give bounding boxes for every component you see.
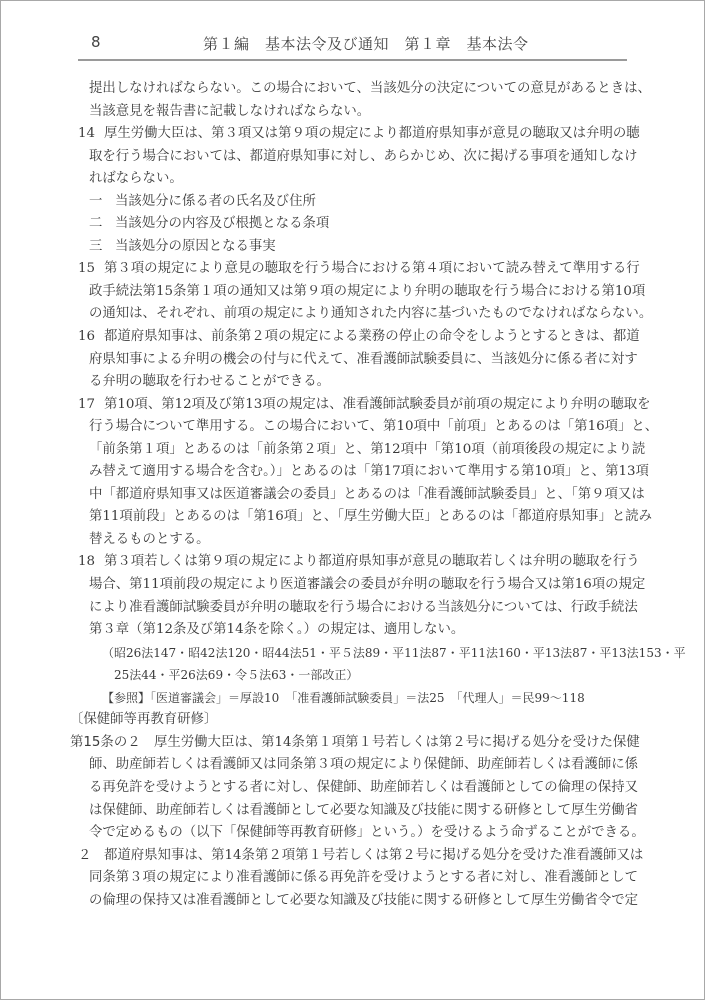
text-line: により准看護師試験委員が弁明の聴取を行う場合における当該処分については、行政手続…	[78, 597, 628, 620]
text-line: 場合、第11項前段の規定により医道審議会の委員が弁明の聴取を行う場合又は第16項…	[78, 574, 628, 597]
paragraph-number: 17	[78, 394, 104, 417]
list-item: 一当該処分に係る者の氏名及び住所	[78, 191, 628, 214]
item-mark: 二	[89, 213, 115, 236]
page-number: 8	[91, 33, 101, 51]
text-line: ればならない。	[78, 168, 628, 191]
paragraph-number: ２	[78, 845, 104, 868]
document-page: 8 第１編 基本法令及び通知 第１章 基本法令 提出しなければならない。この場合…	[0, 0, 705, 1000]
list-item: 二当該処分の内容及び根拠となる条項	[78, 213, 628, 236]
article-number: 第15条の２	[70, 735, 141, 750]
paragraph-17: 17第10項、第12項及び第13項の規定は、准看護師試験委員が前項の規定により弁…	[78, 394, 628, 417]
text-line: 中「都道府県知事又は医道審議会の委員」とあるのは「准看護師試験委員」と、「第９項…	[78, 484, 628, 507]
amendment-history: 25法44・平26法69・令５法63・一部改正）	[78, 664, 628, 687]
amendment-history: （昭26法147・昭42法120・昭44法51・平５法89・平11法87・平11…	[78, 642, 628, 665]
text-line: の倫理の保持又は准看護師として必要な知識及び技能に関する研修として厚生労働省令で…	[78, 890, 628, 913]
article-caption: 〔保健師等再教育研修〕	[70, 709, 628, 732]
text-line: る再免許を受けようとする者に対し、保健師、助産師若しくは看護師としての倫理の保持…	[78, 777, 628, 800]
text-line: み替えて適用する場合を含む。）」とあるのは「第17項において準用する第10項」と…	[78, 461, 628, 484]
text-line: 「前条第１項」とあるのは「前条第２項」と、第12項中「第10項（前項後段の規定に…	[78, 439, 628, 462]
text-line: 令で定めるもの（以下「保健師等再教育研修」という。）を受けるよう命ずることができ…	[78, 822, 628, 845]
item-mark: 一	[89, 191, 115, 214]
text-line: 当該意見を報告書に記載しなければならない。	[78, 101, 628, 124]
text-line: 第11項前段」とあるのは「第16項」と、「厚生労働大臣」とあるのは「都道府県知事…	[78, 506, 628, 529]
page-body: 提出しなければならない。この場合において、当該処分の決定についての意見があるとき…	[78, 78, 628, 912]
page-header: 8 第１編 基本法令及び通知 第１章 基本法令	[78, 31, 627, 61]
article-15-2-paragraph-2: ２都道府県知事は、第14条第２項第１号若しくは第２号に掲げる処分を受けた准看護師…	[78, 845, 628, 868]
article-15-2: 第15条の２ 厚生労働大臣は、第14条第１項第１号若しくは第２号に掲げる処分を受…	[70, 732, 628, 755]
paragraph-14: 14厚生労働大臣は、第３項又は第９項の規定により都道府県知事が意見の聴取又は弁明…	[78, 123, 628, 146]
paragraph-number: 16	[78, 326, 104, 349]
text-line: 師、助産師若しくは看護師又は同条第３項の規定により保健師、助産師若しくは看護師に…	[78, 754, 628, 777]
text-line: 府県知事による弁明の機会の付与に代えて、准看護師試験委員に、当該処分に係る者に対…	[78, 349, 628, 372]
text-line: 政手続法第15条第１項の通知又は第９項の規定により弁明の聴取を行う場合における第…	[78, 281, 628, 304]
paragraph-number: 18	[78, 551, 104, 574]
reference-note: 【参照】「医道審議会」＝厚設10 「准看護師試験委員」＝法25 「代理人」＝民9…	[78, 687, 628, 710]
item-mark: 三	[89, 236, 115, 259]
text-line: 提出しなければならない。この場合において、当該処分の決定についての意見があるとき…	[78, 78, 628, 101]
paragraph-18: 18第３項若しくは第９項の規定により都道府県知事が意見の聴取若しくは弁明の聴取を…	[78, 551, 628, 574]
text-line: の通知は、それぞれ、前項の規定により通知された内容に基づいたものでなければならな…	[78, 303, 628, 326]
paragraph-15: 15第３項の規定により意見の聴取を行う場合における第４項において読み替えて準用す…	[78, 258, 628, 281]
text-line: 第３章（第12条及び第14条を除く。）の規定は、適用しない。	[78, 619, 628, 642]
text-line: は保健師、助産師若しくは看護師として必要な知識及び技能に関する研修として厚生労働…	[78, 800, 628, 823]
paragraph-number: 14	[78, 123, 104, 146]
text-line: る弁明の聴取を行わせることができる。	[78, 371, 628, 394]
paragraph-16: 16都道府県知事は、前条第２項の規定による業務の停止の命令をしようとするときは、…	[78, 326, 628, 349]
text-line: 取を行う場合においては、都道府県知事に対し、あらかじめ、次に掲げる事項を通知しな…	[78, 146, 628, 169]
text-line: 行う場合について準用する。この場合において、第10項中「前項」とあるのは「第16…	[78, 416, 628, 439]
list-item: 三当該処分の原因となる事実	[78, 236, 628, 259]
paragraph-number: 15	[78, 258, 104, 281]
running-title: 第１編 基本法令及び通知 第１章 基本法令	[203, 33, 529, 54]
text-line: 同条第３項の規定により准看護師に係る再免許を受けようとする者に対し、准看護師とし…	[78, 867, 628, 890]
text-line: 替えるものとする。	[78, 529, 628, 552]
